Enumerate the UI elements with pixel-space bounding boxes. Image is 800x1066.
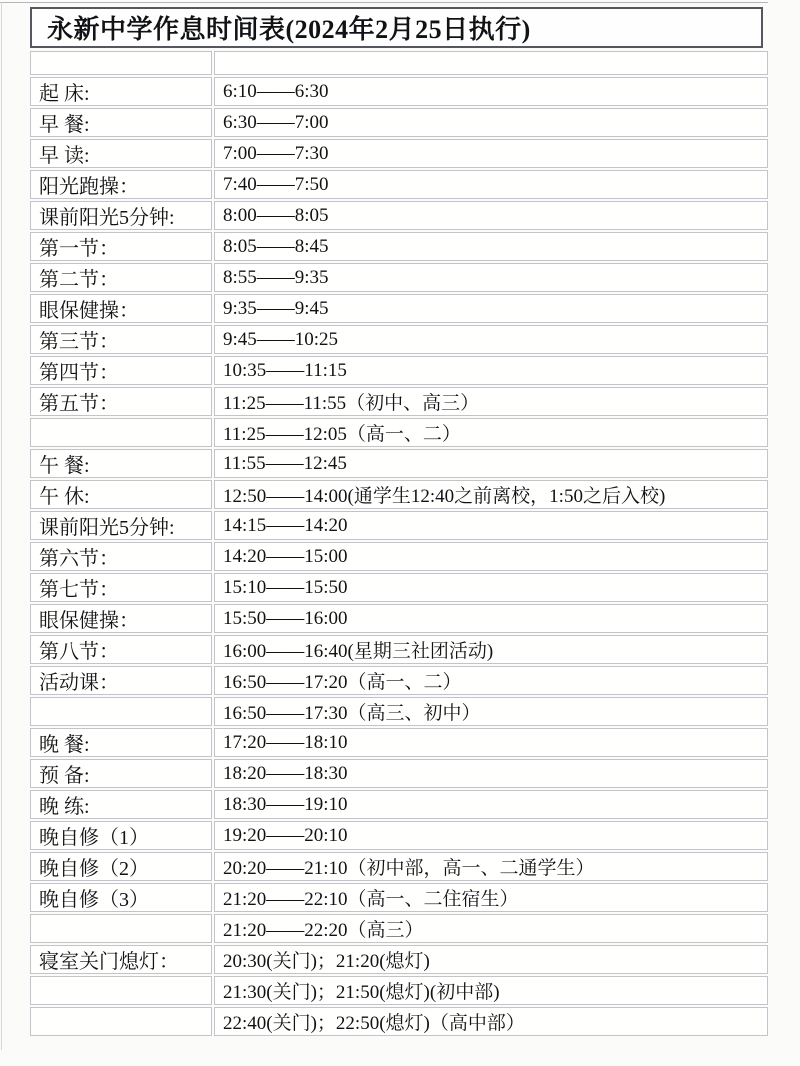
time-value-cell: 18:30——19:10 xyxy=(214,790,768,819)
time-value-cell: 6:30——7:00 xyxy=(214,108,768,137)
activity-label: 寝室关门熄灯： xyxy=(39,945,179,974)
table-row: 21:20——22:20（高三） xyxy=(30,914,768,943)
activity-label: 早 餐: xyxy=(39,108,90,137)
time-value: 8:00——8:05 xyxy=(223,205,329,227)
activity-label-cell: 第一节： xyxy=(30,232,212,261)
time-value: 21:20——22:10（高一、二住宿生） xyxy=(223,884,519,911)
activity-label-cell xyxy=(30,51,212,75)
table-row: 11:25——12:05（高一、二） xyxy=(30,418,768,447)
schedule-title-box: 永新中学作息时间表(2024年2月25日执行) xyxy=(30,7,763,48)
time-value: 21:30(关门)；21:50(熄灯)(初中部) xyxy=(223,977,500,1004)
table-row xyxy=(30,51,768,75)
table-row: 晚自修（3） 21:20——22:10（高一、二住宿生） xyxy=(30,883,768,912)
time-value: 15:10——15:50 xyxy=(223,577,348,599)
activity-label: 第八节： xyxy=(39,635,119,664)
table-row: 晚 餐: 17:20——18:10 xyxy=(30,728,768,757)
time-value-cell: 14:20——15:00 xyxy=(214,542,768,571)
time-value-cell: 7:00——7:30 xyxy=(214,139,768,168)
table-row: 午 休: 12:50——14:00(通学生12:40之前离校，1:50之后入校) xyxy=(30,480,768,509)
activity-label: 眼保健操： xyxy=(39,294,139,323)
time-value: 9:45——10:25 xyxy=(223,329,338,351)
activity-label-cell: 起 床: xyxy=(30,77,212,106)
time-value: 20:20——21:10（初中部，高一、二通学生） xyxy=(223,853,595,880)
activity-label: 第三节： xyxy=(39,325,119,354)
activity-label-cell: 午 餐: xyxy=(30,449,212,478)
table-row: 16:50——17:30（高三、初中） xyxy=(30,697,768,726)
activity-label-cell xyxy=(30,418,212,447)
table-row: 第八节： 16:00——16:40(星期三社团活动) xyxy=(30,635,768,664)
table-row: 第五节： 11:25——11:55（初中、高三） xyxy=(30,387,768,416)
activity-label-cell xyxy=(30,914,212,943)
time-value: 10:35——11:15 xyxy=(223,360,347,382)
table-row: 预 备: 18:20——18:30 xyxy=(30,759,768,788)
time-value: 11:55——12:45 xyxy=(223,453,347,475)
time-value-cell: 17:20——18:10 xyxy=(214,728,768,757)
time-value-cell: 16:50——17:30（高三、初中） xyxy=(214,697,768,726)
activity-label-cell: 晚自修（1） xyxy=(30,821,212,850)
table-row: 眼保健操： 9:35——9:45 xyxy=(30,294,768,323)
time-value: 16:50——17:30（高三、初中） xyxy=(223,698,481,725)
activity-label: 第四节： xyxy=(39,356,119,385)
activity-label: 晚自修（2） xyxy=(39,852,149,881)
activity-label-cell: 早 读: xyxy=(30,139,212,168)
activity-label-cell: 第八节： xyxy=(30,635,212,664)
time-value: 16:00——16:40(星期三社团活动) xyxy=(223,636,493,663)
activity-label-cell: 晚 练: xyxy=(30,790,212,819)
table-row: 21:30(关门)；21:50(熄灯)(初中部) xyxy=(30,976,768,1005)
activity-label-cell: 第四节： xyxy=(30,356,212,385)
time-value-cell: 18:20——18:30 xyxy=(214,759,768,788)
time-value: 22:40(关门)；22:50(熄灯)（高中部） xyxy=(223,1008,525,1035)
activity-label-cell: 课前阳光5分钟: xyxy=(30,511,212,540)
time-value-cell: 15:10——15:50 xyxy=(214,573,768,602)
activity-label-cell: 第三节： xyxy=(30,325,212,354)
table-row: 第四节： 10:35——11:15 xyxy=(30,356,768,385)
activity-label: 第五节： xyxy=(39,387,119,416)
time-value: 12:50——14:00(通学生12:40之前离校，1:50之后入校) xyxy=(223,481,665,508)
table-row: 早 读: 7:00——7:30 xyxy=(30,139,768,168)
time-value-cell: 7:40——7:50 xyxy=(214,170,768,199)
activity-label-cell: 寝室关门熄灯： xyxy=(30,945,212,974)
time-value: 7:40——7:50 xyxy=(223,174,329,196)
activity-label: 第六节： xyxy=(39,542,119,571)
schedule-table: 起 床: 6:10——6:30 早 餐: 6:30——7:00 早 读: 7:0… xyxy=(30,51,768,1036)
time-value-cell: 20:20——21:10（初中部，高一、二通学生） xyxy=(214,852,768,881)
table-row: 课前阳光5分钟: 8:00——8:05 xyxy=(30,201,768,230)
activity-label-cell: 晚自修（2） xyxy=(30,852,212,881)
activity-label-cell: 第六节： xyxy=(30,542,212,571)
activity-label-cell xyxy=(30,976,212,1005)
photo-top-edge-line xyxy=(0,2,768,3)
activity-label-cell xyxy=(30,1007,212,1036)
table-row: 第一节： 8:05——8:45 xyxy=(30,232,768,261)
activity-label-cell: 第五节： xyxy=(30,387,212,416)
time-value-cell: 11:25——11:55（初中、高三） xyxy=(214,387,768,416)
table-row: 活动课： 16:50——17:20（高一、二） xyxy=(30,666,768,695)
activity-label: 眼保健操： xyxy=(39,604,139,633)
time-value-cell: 21:20——22:20（高三） xyxy=(214,914,768,943)
time-value: 15:50——16:00 xyxy=(223,608,348,630)
activity-label: 晚 餐: xyxy=(39,728,90,757)
activity-label-cell: 第二节： xyxy=(30,263,212,292)
time-value: 17:20——18:10 xyxy=(223,732,348,754)
time-value-cell: 10:35——11:15 xyxy=(214,356,768,385)
table-row: 第七节： 15:10——15:50 xyxy=(30,573,768,602)
activity-label-cell: 早 餐: xyxy=(30,108,212,137)
activity-label-cell: 第七节： xyxy=(30,573,212,602)
table-row: 早 餐: 6:30——7:00 xyxy=(30,108,768,137)
activity-label: 课前阳光5分钟: xyxy=(39,201,175,230)
activity-label: 第七节： xyxy=(39,573,119,602)
table-row: 第三节： 9:45——10:25 xyxy=(30,325,768,354)
time-value-cell: 21:20——22:10（高一、二住宿生） xyxy=(214,883,768,912)
activity-label-cell: 阳光跑操： xyxy=(30,170,212,199)
time-value: 11:25——11:55（初中、高三） xyxy=(223,388,479,415)
time-value: 14:15——14:20 xyxy=(223,515,348,537)
activity-label-cell: 晚自修（3） xyxy=(30,883,212,912)
time-value-cell: 11:55——12:45 xyxy=(214,449,768,478)
activity-label-cell: 午 休: xyxy=(30,480,212,509)
time-value: 16:50——17:20（高一、二） xyxy=(223,667,462,694)
time-value: 18:20——18:30 xyxy=(223,763,348,785)
time-value-cell: 20:30(关门)；21:20(熄灯) xyxy=(214,945,768,974)
activity-label: 预 备: xyxy=(39,759,90,788)
time-value-cell: 12:50——14:00(通学生12:40之前离校，1:50之后入校) xyxy=(214,480,768,509)
time-value-cell: 15:50——16:00 xyxy=(214,604,768,633)
table-row: 眼保健操： 15:50——16:00 xyxy=(30,604,768,633)
time-value-cell: 22:40(关门)；22:50(熄灯)（高中部） xyxy=(214,1007,768,1036)
activity-label: 晚自修（3） xyxy=(39,883,149,912)
time-value-cell: 14:15——14:20 xyxy=(214,511,768,540)
activity-label: 午 餐: xyxy=(39,449,90,478)
time-value-cell: 21:30(关门)；21:50(熄灯)(初中部) xyxy=(214,976,768,1005)
time-value: 7:00——7:30 xyxy=(223,143,329,165)
time-value: 6:30——7:00 xyxy=(223,112,329,134)
time-value: 14:20——15:00 xyxy=(223,546,348,568)
activity-label: 阳光跑操： xyxy=(39,170,139,199)
time-value-cell: 6:10——6:30 xyxy=(214,77,768,106)
time-value-cell: 8:00——8:05 xyxy=(214,201,768,230)
photo-left-edge-line xyxy=(1,2,2,1050)
time-value-cell: 16:50——17:20（高一、二） xyxy=(214,666,768,695)
table-row: 晚自修（2） 20:20——21:10（初中部，高一、二通学生） xyxy=(30,852,768,881)
time-value: 20:30(关门)；21:20(熄灯) xyxy=(223,946,430,973)
activity-label: 课前阳光5分钟: xyxy=(39,511,175,540)
activity-label: 早 读: xyxy=(39,139,90,168)
time-value: 8:05——8:45 xyxy=(223,236,329,258)
activity-label-cell: 预 备: xyxy=(30,759,212,788)
activity-label: 第一节： xyxy=(39,232,119,261)
page-title: 永新中学作息时间表(2024年2月25日执行) xyxy=(47,9,531,46)
table-row: 晚 练: 18:30——19:10 xyxy=(30,790,768,819)
table-row: 寝室关门熄灯： 20:30(关门)；21:20(熄灯) xyxy=(30,945,768,974)
table-row: 晚自修（1） 19:20——20:10 xyxy=(30,821,768,850)
activity-label: 起 床: xyxy=(39,77,90,106)
activity-label-cell: 晚 餐: xyxy=(30,728,212,757)
table-row: 起 床: 6:10——6:30 xyxy=(30,77,768,106)
activity-label-cell: 眼保健操： xyxy=(30,294,212,323)
time-value-cell: 16:00——16:40(星期三社团活动) xyxy=(214,635,768,664)
time-value-cell xyxy=(214,51,768,75)
table-row: 第二节： 8:55——9:35 xyxy=(30,263,768,292)
activity-label: 活动课： xyxy=(39,666,119,695)
table-row: 课前阳光5分钟: 14:15——14:20 xyxy=(30,511,768,540)
time-value-cell: 9:45——10:25 xyxy=(214,325,768,354)
time-value: 18:30——19:10 xyxy=(223,794,348,816)
table-row: 22:40(关门)；22:50(熄灯)（高中部） xyxy=(30,1007,768,1036)
time-value-cell: 11:25——12:05（高一、二） xyxy=(214,418,768,447)
time-value-cell: 8:55——9:35 xyxy=(214,263,768,292)
activity-label: 第二节： xyxy=(39,263,119,292)
table-row: 阳光跑操： 7:40——7:50 xyxy=(30,170,768,199)
time-value: 11:25——12:05（高一、二） xyxy=(223,419,461,446)
activity-label: 晚 练: xyxy=(39,790,90,819)
activity-label-cell: 课前阳光5分钟: xyxy=(30,201,212,230)
time-value: 19:20——20:10 xyxy=(223,825,348,847)
time-value-cell: 9:35——9:45 xyxy=(214,294,768,323)
table-row: 第六节： 14:20——15:00 xyxy=(30,542,768,571)
time-value: 6:10——6:30 xyxy=(223,81,329,103)
activity-label-cell: 眼保健操： xyxy=(30,604,212,633)
time-value: 9:35——9:45 xyxy=(223,298,329,320)
activity-label: 晚自修（1） xyxy=(39,821,149,850)
time-value: 21:20——22:20（高三） xyxy=(223,915,424,942)
activity-label: 午 休: xyxy=(39,480,90,509)
table-row: 午 餐: 11:55——12:45 xyxy=(30,449,768,478)
time-value-cell: 19:20——20:10 xyxy=(214,821,768,850)
activity-label-cell xyxy=(30,697,212,726)
time-value: 8:55——9:35 xyxy=(223,267,329,289)
activity-label-cell: 活动课： xyxy=(30,666,212,695)
time-value-cell: 8:05——8:45 xyxy=(214,232,768,261)
